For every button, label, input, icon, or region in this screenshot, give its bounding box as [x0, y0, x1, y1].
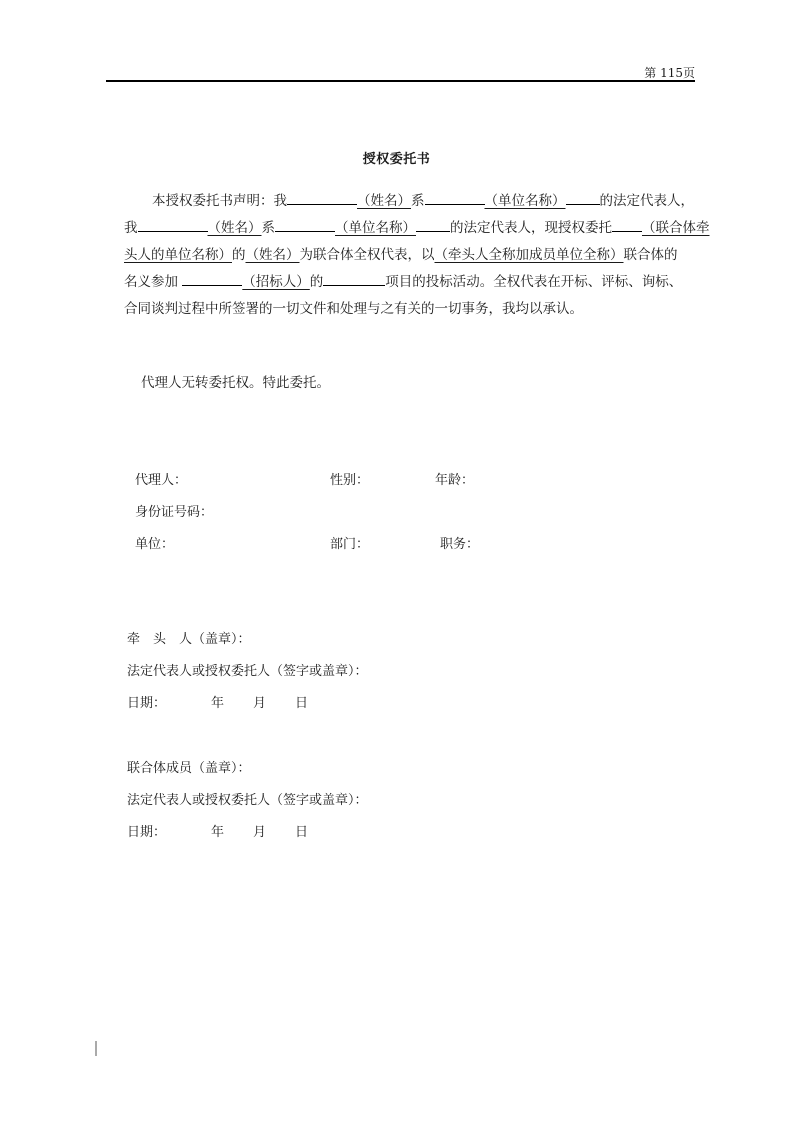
footer-margin-marker — [95, 1041, 97, 1056]
paragraph-line-2: 我（姓名）系（单位名称）的法定代表人，现授权委托（联合体牵 — [124, 216, 710, 236]
tenderer-hint: （招标人） — [242, 274, 310, 290]
unit-blank-a[interactable] — [275, 217, 335, 232]
no-transfer-statement: 代理人无转委托权。特此委托。 — [141, 371, 330, 391]
id-number-label: 身份证号码： — [135, 501, 213, 520]
lead-year-label: 年 — [211, 692, 224, 711]
unit-hint: （单位名称） — [485, 193, 566, 209]
project-blank[interactable] — [323, 271, 385, 286]
full-name-hint: （牵头人全称加成员单位全称） — [435, 247, 624, 263]
line1-sep: 系 — [411, 193, 425, 209]
lead-day-label: 日 — [295, 692, 308, 711]
name-blank[interactable] — [287, 190, 357, 205]
paragraph-line-5: 合同谈判过程中所签署的一切文件和处理与之有关的一切事务，我均以承认。 — [124, 297, 583, 317]
member-signer-label: 法定代表人或授权委托人（签字或盖章）： — [127, 789, 368, 808]
line3-of: 的 — [232, 247, 246, 263]
tenderer-blank[interactable] — [182, 271, 242, 286]
unit-blank-b[interactable] — [416, 217, 450, 232]
document-title: 授权委托书 — [0, 148, 793, 167]
paragraph-line-1: 本授权委托书声明：我（姓名）系（单位名称）的法定代表人， — [152, 189, 694, 209]
unit-label: 单位： — [135, 533, 174, 552]
name-hint: （姓名） — [246, 247, 300, 263]
line2-prefix: 我 — [124, 220, 138, 236]
lead-date-label: 日期： — [127, 692, 166, 711]
lead-hint-b: 头人的单位名称） — [124, 247, 232, 263]
lead-seal-label: 牵 头 人（盖章）： — [127, 628, 251, 647]
header-rule — [106, 80, 695, 82]
member-month-label: 月 — [253, 821, 266, 840]
member-date-label: 日期： — [127, 821, 166, 840]
line3-suffix: 联合体的 — [624, 247, 678, 263]
lead-blank[interactable] — [612, 217, 642, 232]
paragraph-line-4: 名义参加 （招标人）的项目的投标活动。全权代表在开标、评标、询标、 — [124, 270, 682, 290]
unit-hint: （单位名称） — [335, 220, 416, 236]
line4-suffix: 项目的投标活动。全权代表在开标、评标、询标、 — [385, 274, 682, 290]
page-number: 第 115页 — [644, 64, 695, 81]
unit-blank-b[interactable] — [566, 190, 600, 205]
line4-of: 的 — [310, 274, 324, 290]
member-year-label: 年 — [211, 821, 224, 840]
age-label: 年龄： — [435, 469, 474, 488]
lead-month-label: 月 — [253, 692, 266, 711]
name-blank[interactable] — [138, 217, 208, 232]
member-seal-label: 联合体成员（盖章）： — [127, 757, 251, 776]
position-label: 职务： — [440, 533, 479, 552]
line4-prefix: 名义参加 — [124, 274, 178, 290]
line1-prefix: 本授权委托书声明：我 — [152, 193, 287, 209]
lead-hint-a: （联合体牵 — [642, 220, 710, 236]
gender-label: 性别： — [330, 469, 369, 488]
agent-label: 代理人： — [135, 469, 187, 488]
paragraph-line-3: 头人的单位名称）的（姓名）为联合体全权代表，以（牵头人全称加成员单位全称）联合体… — [124, 243, 678, 263]
line3-mid: 为联合体全权代表，以 — [300, 247, 435, 263]
department-label: 部门： — [330, 533, 369, 552]
unit-blank-a[interactable] — [425, 190, 485, 205]
lead-signer-label: 法定代表人或授权委托人（签字或盖章）： — [127, 660, 368, 679]
line2-suffix: 的法定代表人，现授权委托 — [450, 220, 612, 236]
name-hint: （姓名） — [357, 193, 411, 209]
line2-sep: 系 — [262, 220, 276, 236]
name-hint: （姓名） — [208, 220, 262, 236]
line1-suffix: 的法定代表人， — [600, 193, 695, 209]
member-day-label: 日 — [295, 821, 308, 840]
